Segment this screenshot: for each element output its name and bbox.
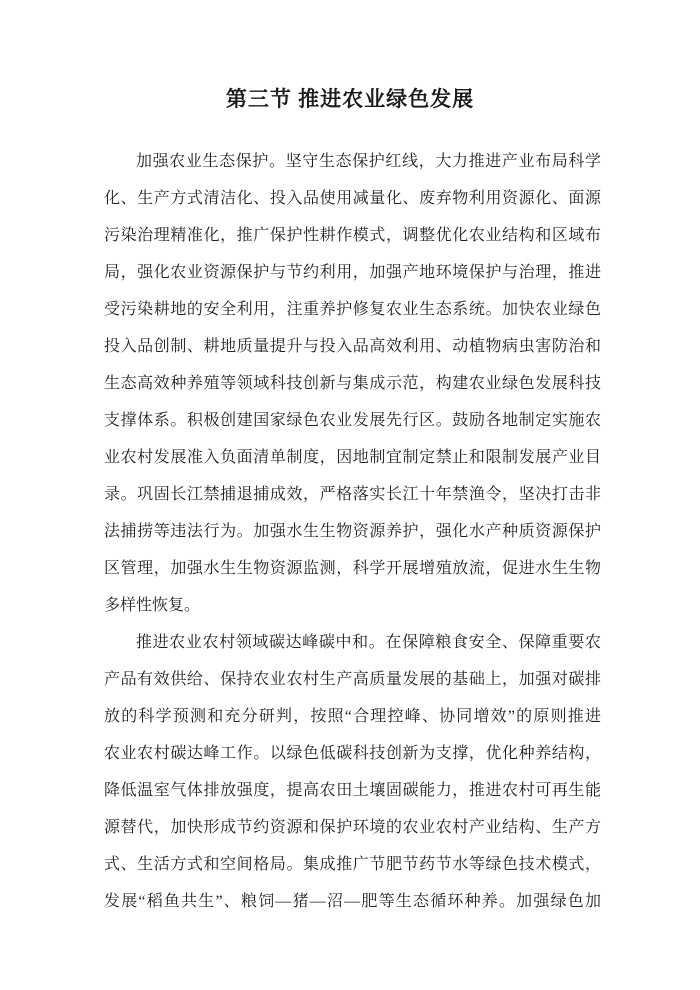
text-line: 局，强化农业资源保护与节约利用，加强产地环境保护与治理，推进 — [104, 254, 601, 291]
text-line: 业农村发展准入负面清单制度，因地制宜制定禁止和限制发展产业目 — [104, 439, 601, 476]
text-line: 支撑体系。积极创建国家绿色农业发展先行区。鼓励各地制定实施农 — [104, 402, 601, 439]
text-line: 投入品创制、耕地质量提升与投入品高效利用、动植物病虫害防治和 — [104, 328, 601, 365]
text-line: 区管理，加强水生生物资源监测，科学开展增殖放流，促进水生生物 — [104, 550, 601, 587]
text-line: 放的科学预测和充分研判，按照“合理控峰、协同增效”的原则推进 — [104, 698, 601, 735]
text-line: 污染治理精准化，推广保护性耕作模式，调整优化农业结构和区域布 — [104, 217, 601, 254]
text-line: 受污染耕地的安全利用，注重养护修复农业生态系统。加快农业绿色 — [104, 291, 601, 328]
text-line: 加强农业生态保护。坚守生态保护红线，大力推进产业布局科学 — [104, 143, 601, 180]
text-line: 化、生产方式清洁化、投入品使用减量化、废弃物利用资源化、面源 — [104, 180, 601, 217]
text-line: 生态高效种养殖等领域科技创新与集成示范，构建农业绿色发展科技 — [104, 365, 601, 402]
paragraph-1: 加强农业生态保护。坚守生态保护红线，大力推进产业布局科学 化、生产方式清洁化、投… — [104, 143, 601, 624]
text-line: 源替代，加快形成节约资源和保护环境的农业农村产业结构、生产方 — [104, 809, 601, 846]
text-line: 农业农村碳达峰工作。以绿色低碳科技创新为支撑，优化种养结构， — [104, 735, 601, 772]
text-line: 录。巩固长江禁捕退捕成效，严格落实长江十年禁渔令，坚决打击非 — [104, 476, 601, 513]
text-line: 多样性恢复。 — [104, 587, 601, 624]
paragraph-2: 推进农业农村领域碳达峰碳中和。在保障粮食安全、保障重要农 产品有效供给、保持农业… — [104, 624, 601, 920]
text-line: 产品有效供给、保持农业农村生产高质量发展的基础上，加强对碳排 — [104, 661, 601, 698]
text-line: 发展“稻鱼共生”、粮饲—猪—沼—肥等生态循环种养。加强绿色加 — [104, 883, 601, 920]
text-line: 式、生活方式和空间格局。集成推广节肥节药节水等绿色技术模式， — [104, 846, 601, 883]
page-title: 第三节 推进农业绿色发展 — [0, 0, 700, 113]
text-line: 降低温室气体排放强度，提高农田土壤固碳能力，推进农村可再生能 — [104, 772, 601, 809]
text-line: 法捕捞等违法行为。加强水生生物资源养护，强化水产种质资源保护 — [104, 513, 601, 550]
text-line: 推进农业农村领域碳达峰碳中和。在保障粮食安全、保障重要农 — [104, 624, 601, 661]
document-page: 第三节 推进农业绿色发展 加强农业生态保护。坚守生态保护红线，大力推进产业布局科… — [0, 0, 700, 990]
document-body: 加强农业生态保护。坚守生态保护红线，大力推进产业布局科学 化、生产方式清洁化、投… — [104, 143, 601, 920]
